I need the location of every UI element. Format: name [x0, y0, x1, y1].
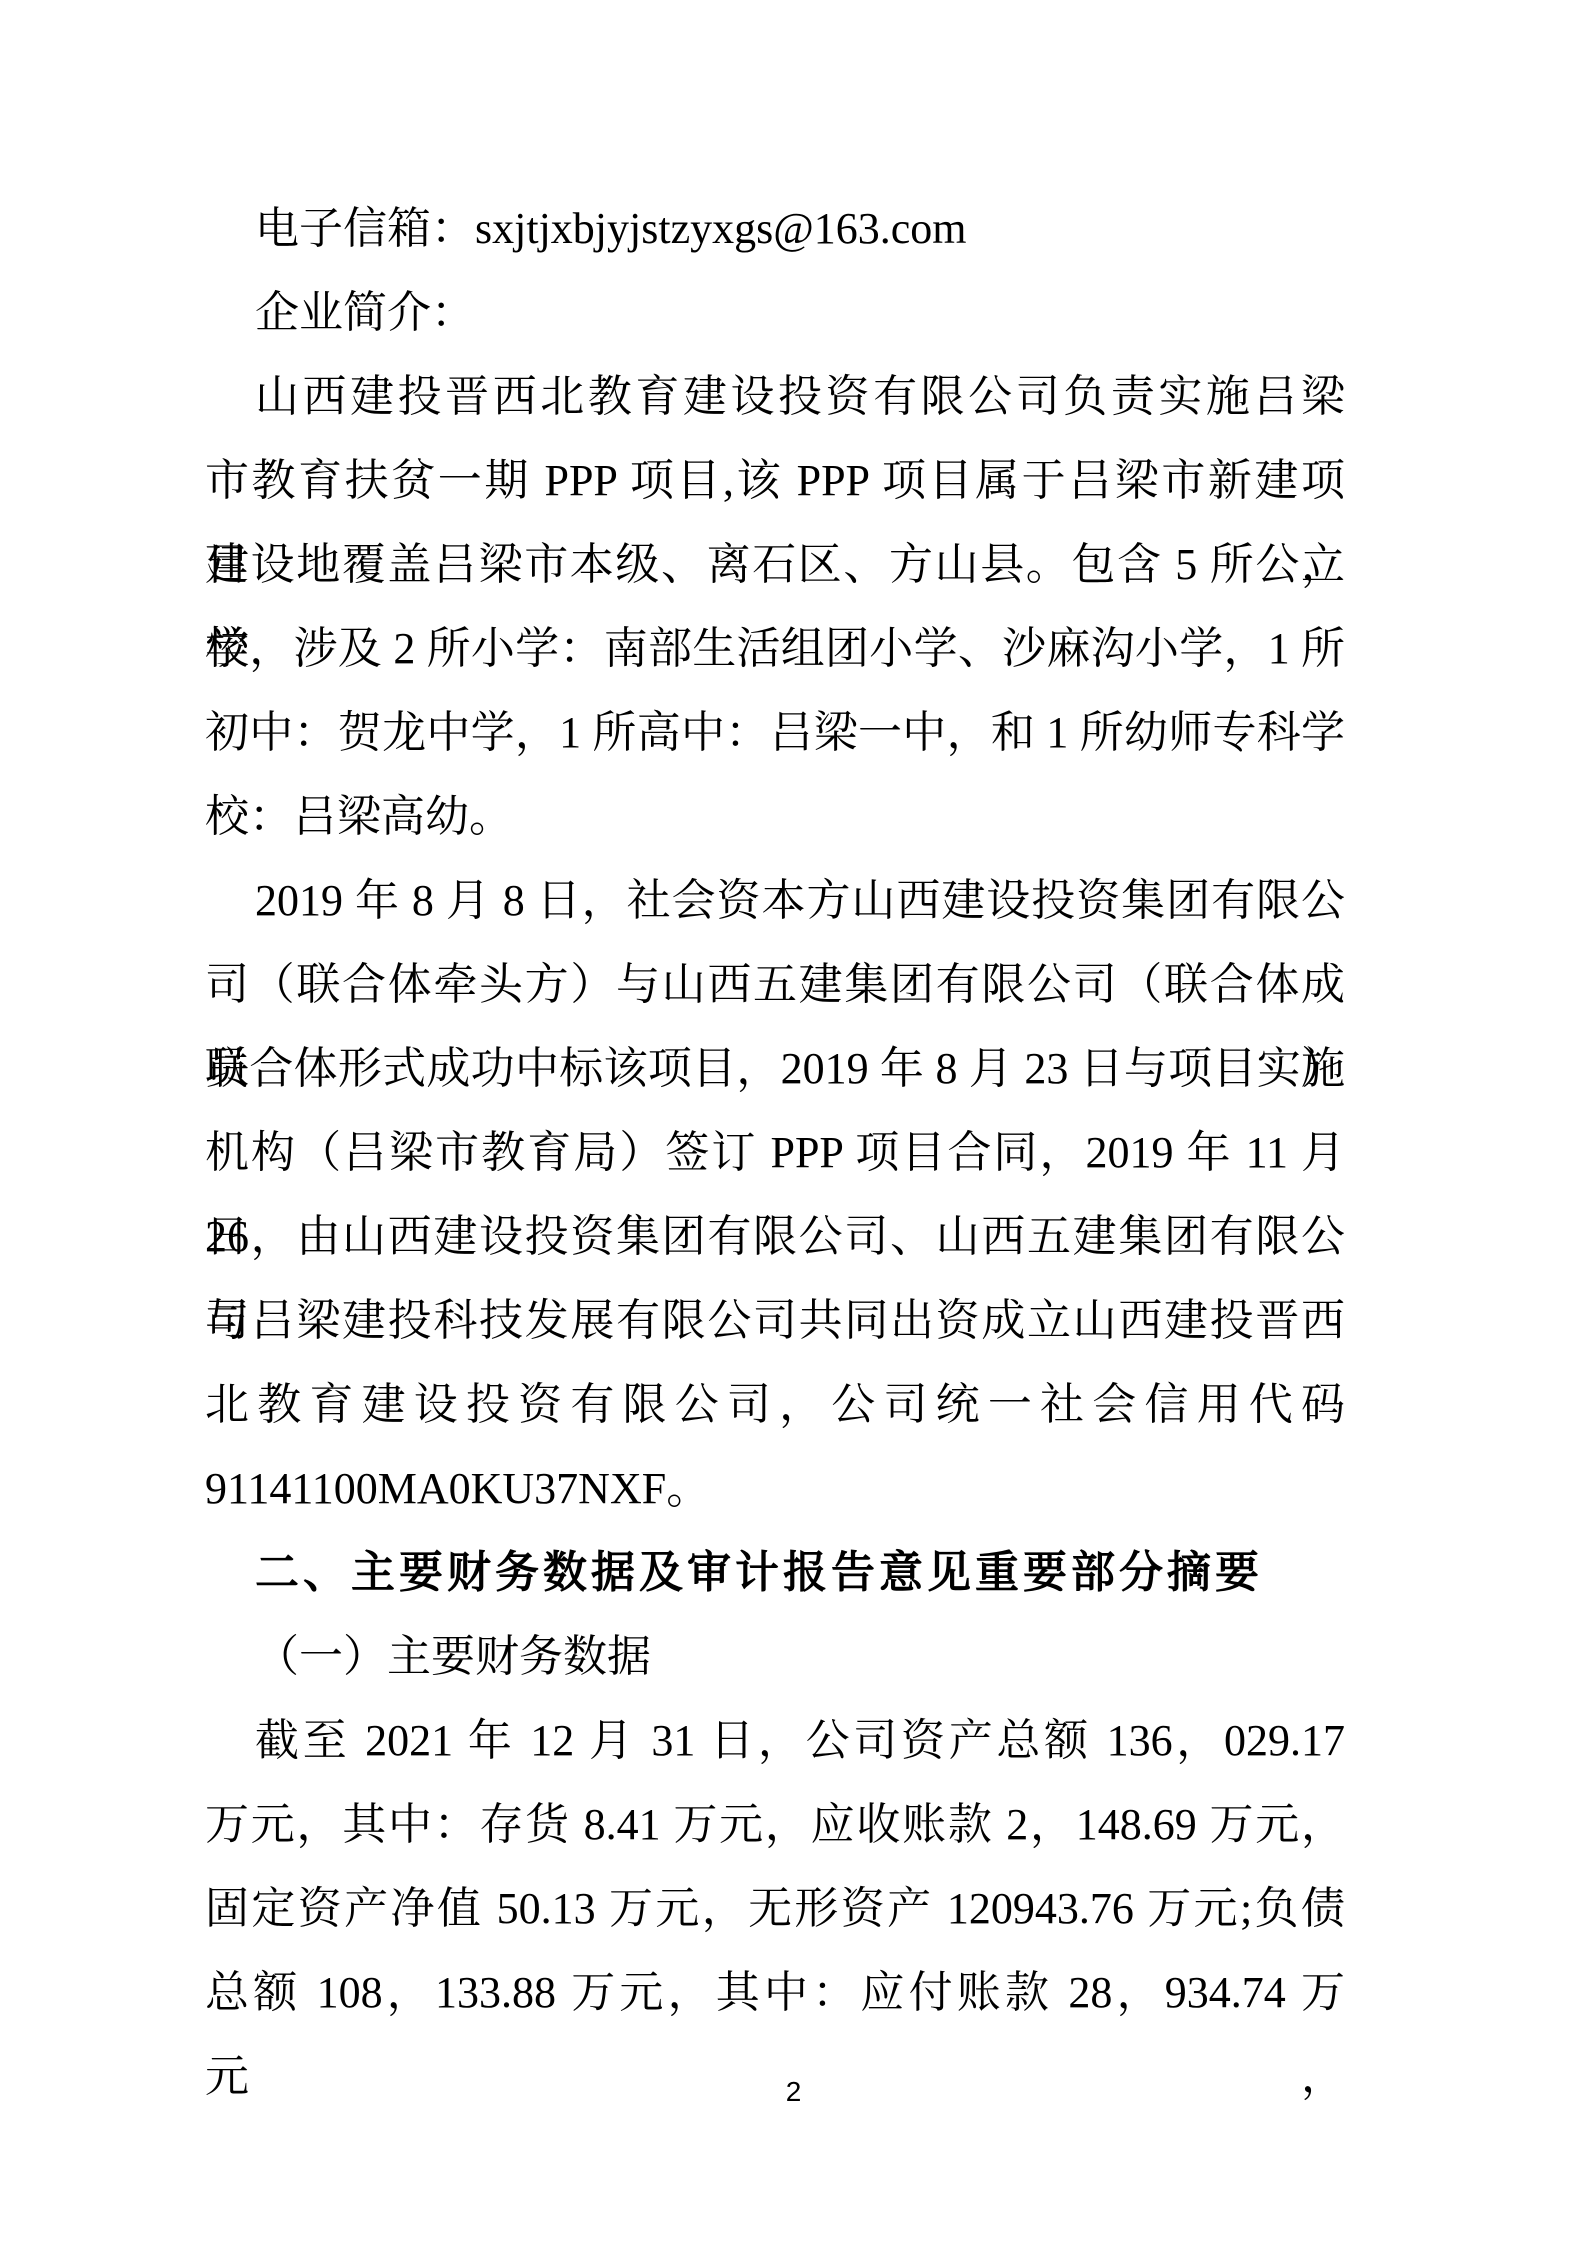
page-number: 2	[0, 2072, 1587, 2112]
paragraph-project-history-line: 2019 年 8 月 8 日，社会资本方山西建设投资集团有限公	[205, 859, 1345, 943]
paragraph-financial-data-line: 万元，其中：存货 8.41 万元，应收账款 2，148.69 万元，	[205, 1783, 1345, 1867]
document-body: 电子信箱：sxjtjxbjyjstzyxgs@163.com 企业简介： 山西建…	[205, 187, 1345, 2035]
subsection-heading-financial-data: （一）主要财务数据	[205, 1615, 1345, 1699]
paragraph-project-history-line: 机构（吕梁市教育局）签订 PPP 项目合同，2019 年 11 月 26	[205, 1111, 1345, 1195]
paragraph-company-intro-line: 山西建投晋西北教育建设投资有限公司负责实施吕梁	[205, 355, 1345, 439]
section-heading-financial-summary: 二、主要财务数据及审计报告意见重要部分摘要	[205, 1531, 1345, 1615]
paragraph-project-history-line: 与吕梁建投科技发展有限公司共同出资成立山西建投晋西	[205, 1279, 1345, 1363]
paragraph-project-history-line: 日，由山西建设投资集团有限公司、山西五建集团有限公司	[205, 1195, 1345, 1279]
paragraph-project-history-line: 北教育建设投资有限公司，公司统一社会信用代码	[205, 1363, 1345, 1447]
paragraph-project-history-line: 司（联合体牵头方）与山西五建集团有限公司（联合体成员）	[205, 943, 1345, 1027]
paragraph-company-intro-line: 校：吕梁高幼。	[205, 775, 1345, 859]
paragraph-financial-data-line: 固定资产净值 50.13 万元，无形资产 120943.76 万元;负债	[205, 1867, 1345, 1951]
paragraph-financial-data-line: 总额 108，133.88 万元，其中：应付账款 28，934.74 万元，	[205, 1951, 1345, 2035]
paragraph-company-intro-line: 校，涉及 2 所小学：南部生活组团小学、沙麻沟小学，1 所	[205, 607, 1345, 691]
paragraph-financial-data-line: 截至 2021 年 12 月 31 日，公司资产总额 136，029.17	[205, 1699, 1345, 1783]
document-page: 电子信箱：sxjtjxbjyjstzyxgs@163.com 企业简介： 山西建…	[0, 0, 1587, 2245]
paragraph-company-intro-line: 市教育扶贫一期 PPP 项目,该 PPP 项目属于吕梁市新建项目，	[205, 439, 1345, 523]
paragraph-company-intro-line: 建设地覆盖吕梁市本级、离石区、方山县。包含 5 所公立学	[205, 523, 1345, 607]
paragraph-project-history-line: 联合体形式成功中标该项目，2019 年 8 月 23 日与项目实施	[205, 1027, 1345, 1111]
email-line: 电子信箱：sxjtjxbjyjstzyxgs@163.com	[205, 187, 1345, 271]
company-profile-label: 企业简介：	[205, 271, 1345, 355]
paragraph-company-intro-line: 初中：贺龙中学，1 所高中：吕梁一中，和 1 所幼师专科学	[205, 691, 1345, 775]
credit-code-line: 91141100MA0KU37NXF。	[205, 1447, 1345, 1531]
